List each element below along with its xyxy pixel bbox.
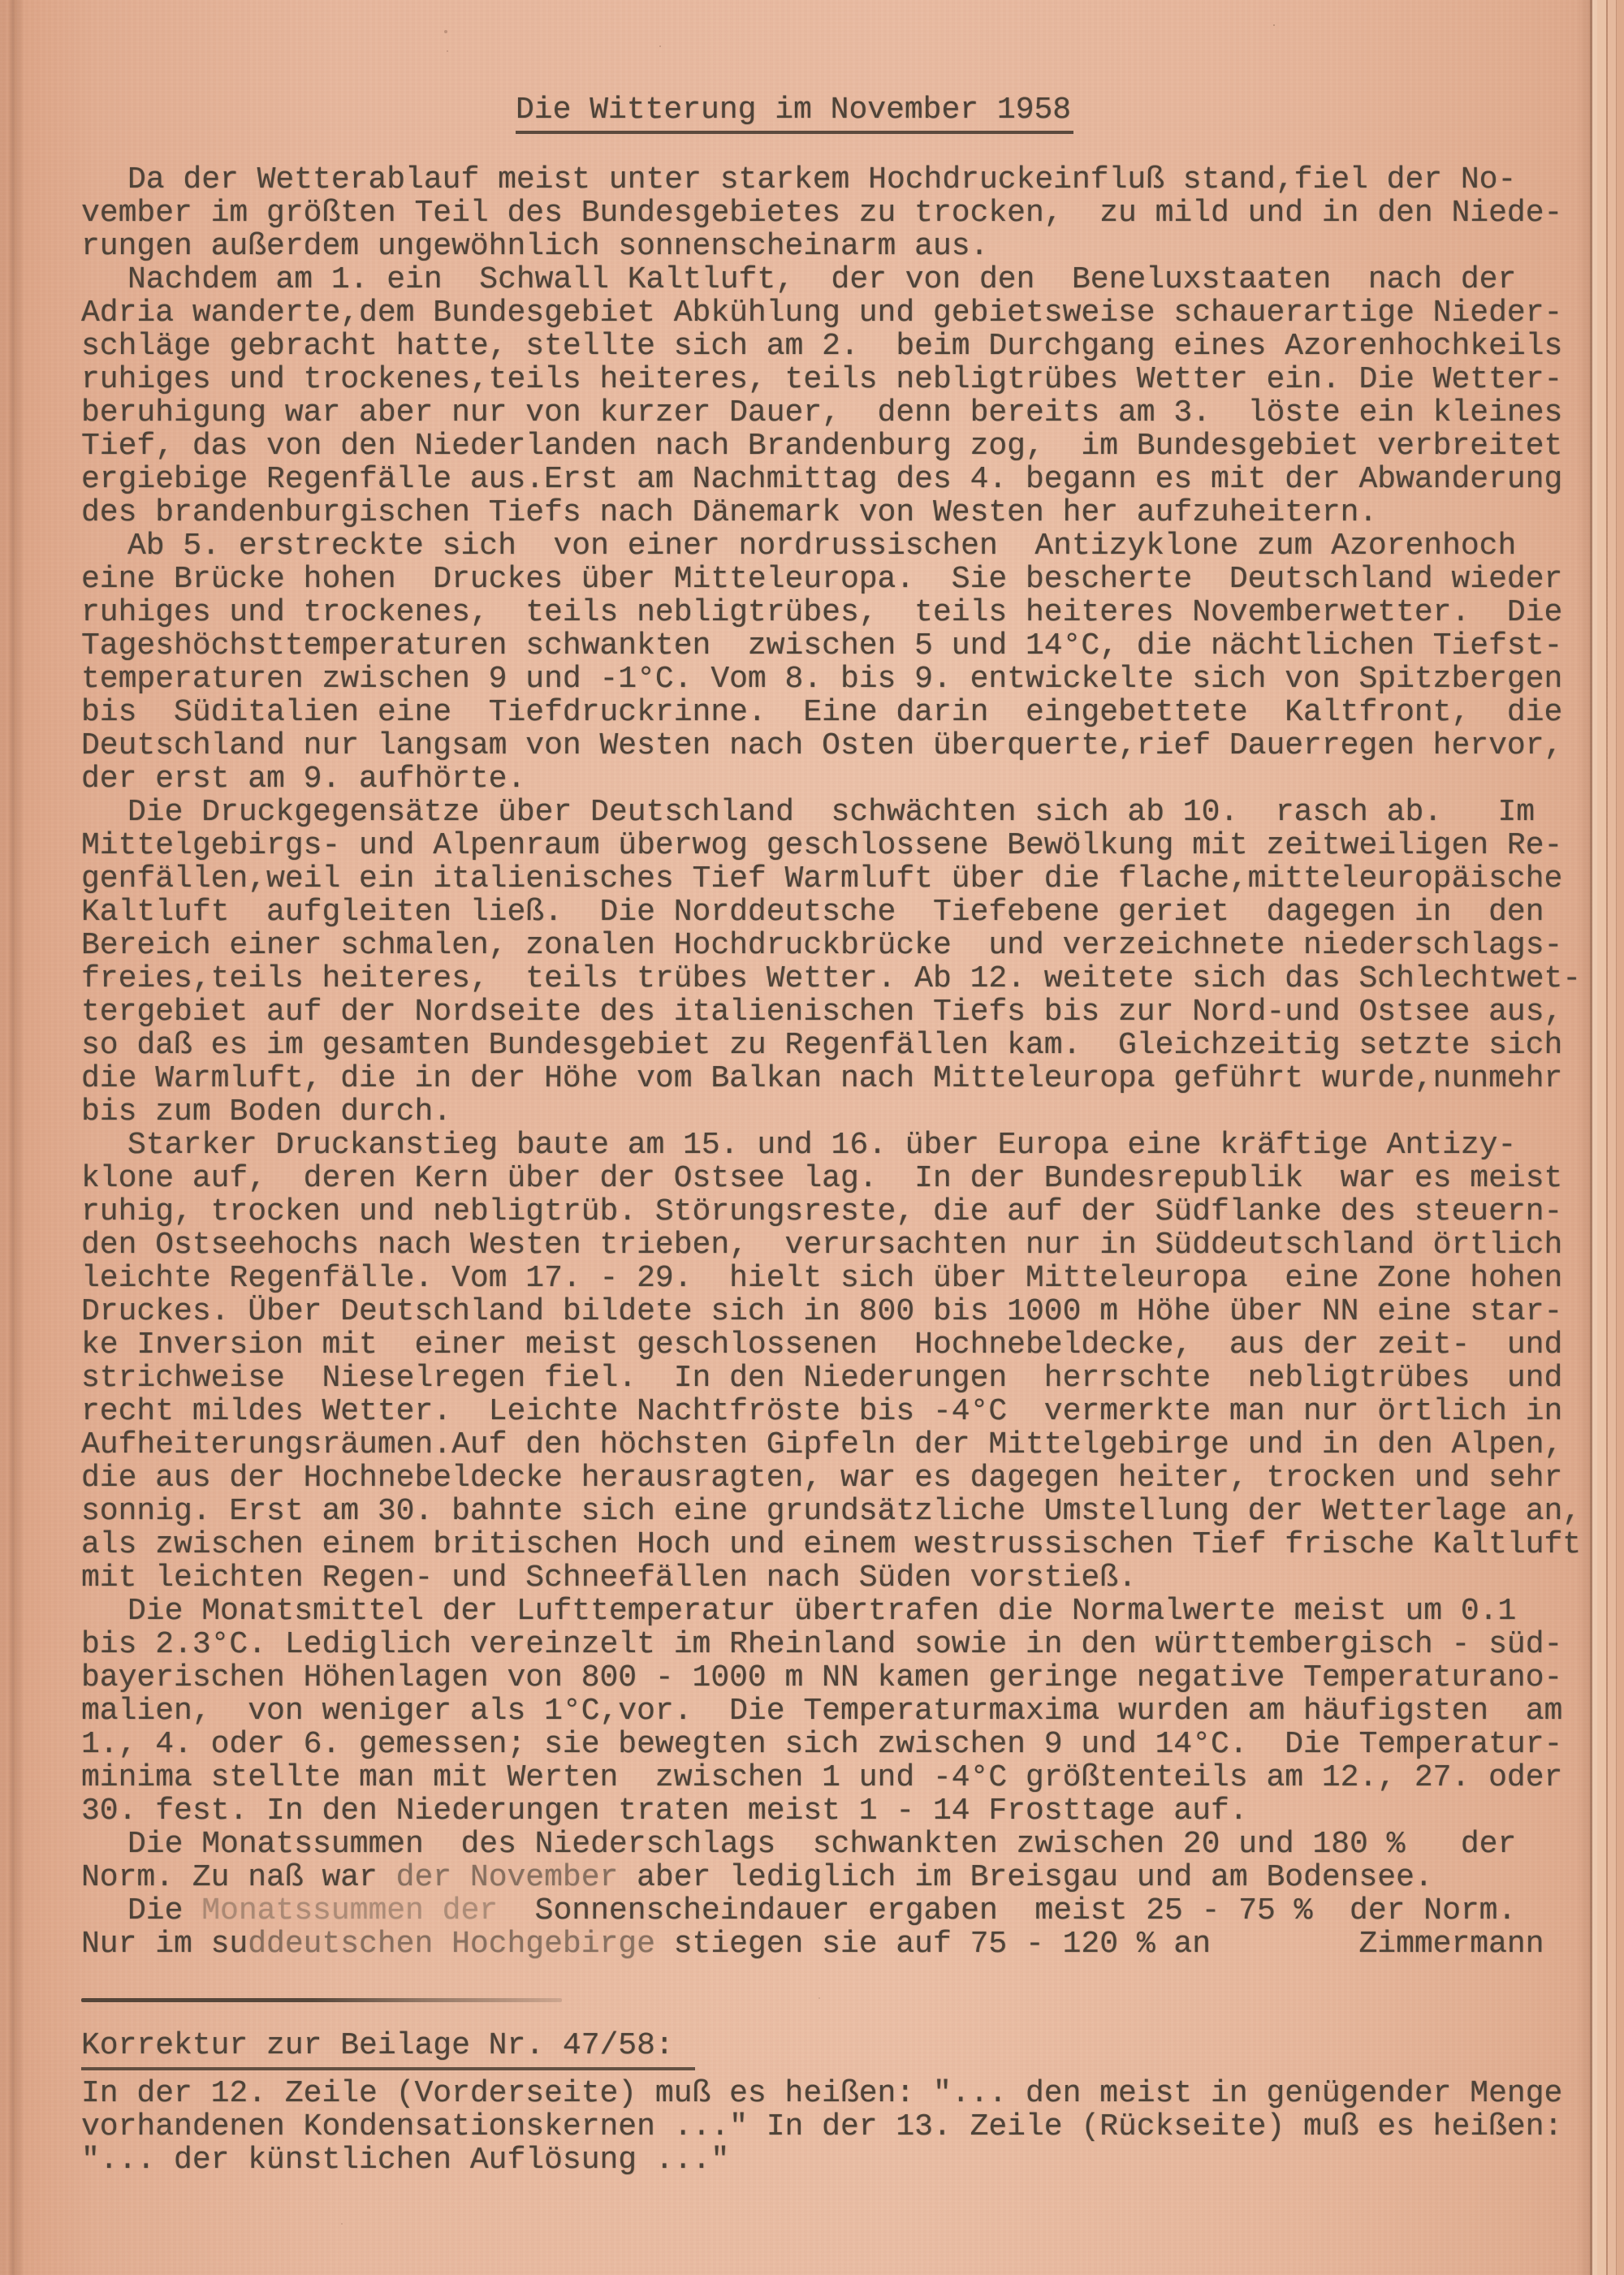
text-line: sonnig. Erst am 30. bahnte sich eine gru… <box>81 1495 1590 1528</box>
text-line: die Warmluft, die in der Höhe vom Balkan… <box>81 1062 1590 1095</box>
text-line: Nachdem am 1. ein Schwall Kaltluft, der … <box>81 263 1590 296</box>
text-line: so daß es im gesamten Bundesgebiet zu Re… <box>81 1029 1590 1062</box>
text-line: bis zum Boden durch. <box>81 1095 1590 1129</box>
text-line: ruhiges und trockenes, teils nebligtrübe… <box>81 596 1590 629</box>
page-stack-right-edge <box>1590 0 1624 2275</box>
text-line: strichweise Nieselregen fiel. In den Nie… <box>81 1362 1590 1395</box>
text-line: Deutschland nur langsam von Westen nach … <box>81 729 1590 762</box>
text-line: der erst am 9. aufhörte. <box>81 762 1590 796</box>
text-line: genfällen,weil ein italienisches Tief Wa… <box>81 862 1590 896</box>
text-line: Die Monatssummen der Sonnenscheindauer e… <box>81 1894 1590 1927</box>
text-line: Ab 5. erstreckte sich von einer nordruss… <box>81 529 1590 563</box>
text-line: bayerischen Höhenlagen von 800 - 1000 m … <box>81 1661 1590 1694</box>
text-line: klone auf, deren Kern über der Ostsee la… <box>81 1162 1590 1195</box>
body-text: Da der Wetterablauf meist unter starkem … <box>81 163 1590 1961</box>
text-line: Kaltluft aufgleiten ließ. Die Norddeutsc… <box>81 896 1590 929</box>
text-line: leichte Regenfälle. Vom 17. - 29. hielt … <box>81 1262 1590 1295</box>
correction-heading: Korrektur zur Beilage Nr. 47/58: <box>81 2030 695 2070</box>
text-line: Norm. Zu naß war der November aber ledig… <box>81 1861 1590 1894</box>
text-line: Tageshöchsttemperaturen schwankten zwisc… <box>81 629 1590 663</box>
text-line: beruhigung war aber nur von kurzer Dauer… <box>81 396 1590 430</box>
text-line: malien, von weniger als 1°C,vor. Die Tem… <box>81 1694 1590 1728</box>
text-line: des brandenburgischen Tiefs nach Dänemar… <box>81 496 1590 529</box>
text-line: bis 2.3°C. Lediglich vereinzelt im Rhein… <box>81 1628 1590 1661</box>
text-line: Nur im suddeutschen Hochgebirge stiegen … <box>81 1927 1590 1961</box>
text-line: Bereich einer schmalen, zonalen Hochdruc… <box>81 929 1590 962</box>
text-line: tergebiet auf der Nordseite des italieni… <box>81 995 1590 1029</box>
text-line: ruhiges und trockenes,teils heiteres, te… <box>81 363 1590 396</box>
text-line: rungen außerdem ungewöhnlich sonnenschei… <box>81 230 1590 263</box>
text-line: ergiebige Regenfälle aus.Erst am Nachmit… <box>81 463 1590 496</box>
text-line: recht mildes Wetter. Leichte Nachtfröste… <box>81 1395 1590 1428</box>
page-content: Die Witterung im November 1958 Da der We… <box>0 0 1590 2177</box>
text-line: minima stellte man mit Werten zwischen 1… <box>81 1761 1590 1794</box>
text-line: mit leichten Regen- und Schneefällen nac… <box>81 1561 1590 1595</box>
text-line: Die Druckgegensätze über Deutschland sch… <box>81 796 1590 829</box>
title-row: Die Witterung im November 1958 <box>516 94 1590 134</box>
text-line: Tief, das von den Niederlanden nach Bran… <box>81 430 1590 463</box>
text-line: freies,teils heiteres, teils trübes Wett… <box>81 962 1590 995</box>
document-page: Die Witterung im November 1958 Da der We… <box>0 0 1624 2275</box>
text-line: vorhandenen Kondensationskernen ..." In … <box>81 2110 1590 2143</box>
text-line: 30. fest. In den Niederungen traten meis… <box>81 1794 1590 1828</box>
text-line: Starker Druckanstieg baute am 15. und 16… <box>81 1129 1590 1162</box>
text-line: Aufheiterungsräumen.Auf den höchsten Gip… <box>81 1428 1590 1461</box>
section-divider <box>81 1998 562 2002</box>
text-line: ruhig, trocken und nebligtrüb. Störungsr… <box>81 1195 1590 1228</box>
text-line: temperaturen zwischen 9 und -1°C. Vom 8.… <box>81 663 1590 696</box>
text-line: die aus der Hochnebeldecke herausragten,… <box>81 1461 1590 1495</box>
text-line: schläge gebracht hatte, stellte sich am … <box>81 330 1590 363</box>
text-line: Die Monatsmittel der Lufttemperatur über… <box>81 1595 1590 1628</box>
text-line: 1., 4. oder 6. gemessen; sie bewegten si… <box>81 1728 1590 1761</box>
text-line: Mittelgebirgs- und Alpenraum überwog ges… <box>81 829 1590 862</box>
correction-heading-row: Korrektur zur Beilage Nr. 47/58: <box>81 2030 1590 2070</box>
text-line: ke Inversion mit einer meist geschlossen… <box>81 1328 1590 1362</box>
text-line: bis Süditalien eine Tiefdruckrinne. Eine… <box>81 696 1590 729</box>
text-line: In der 12. Zeile (Vorderseite) muß es he… <box>81 2077 1590 2110</box>
text-line: Adria wanderte,dem Bundesgebiet Abkühlun… <box>81 296 1590 330</box>
text-line: Da der Wetterablauf meist unter starkem … <box>81 163 1590 196</box>
text-line: als zwischen einem britischen Hoch und e… <box>81 1528 1590 1561</box>
text-line: "... der künstlichen Auflösung ..." <box>81 2143 1590 2177</box>
text-line: den Ostseehochs nach Westen trieben, ver… <box>81 1228 1590 1262</box>
text-line: Die Monatssummen des Niederschlags schwa… <box>81 1828 1590 1861</box>
text-line: eine Brücke hohen Druckes über Mitteleur… <box>81 563 1590 596</box>
document-title: Die Witterung im November 1958 <box>516 94 1073 134</box>
text-line: Druckes. Über Deutschland bildete sich i… <box>81 1295 1590 1328</box>
text-line: vember im größten Teil des Bundesgebiete… <box>81 196 1590 230</box>
correction-text: In der 12. Zeile (Vorderseite) muß es he… <box>81 2077 1590 2177</box>
